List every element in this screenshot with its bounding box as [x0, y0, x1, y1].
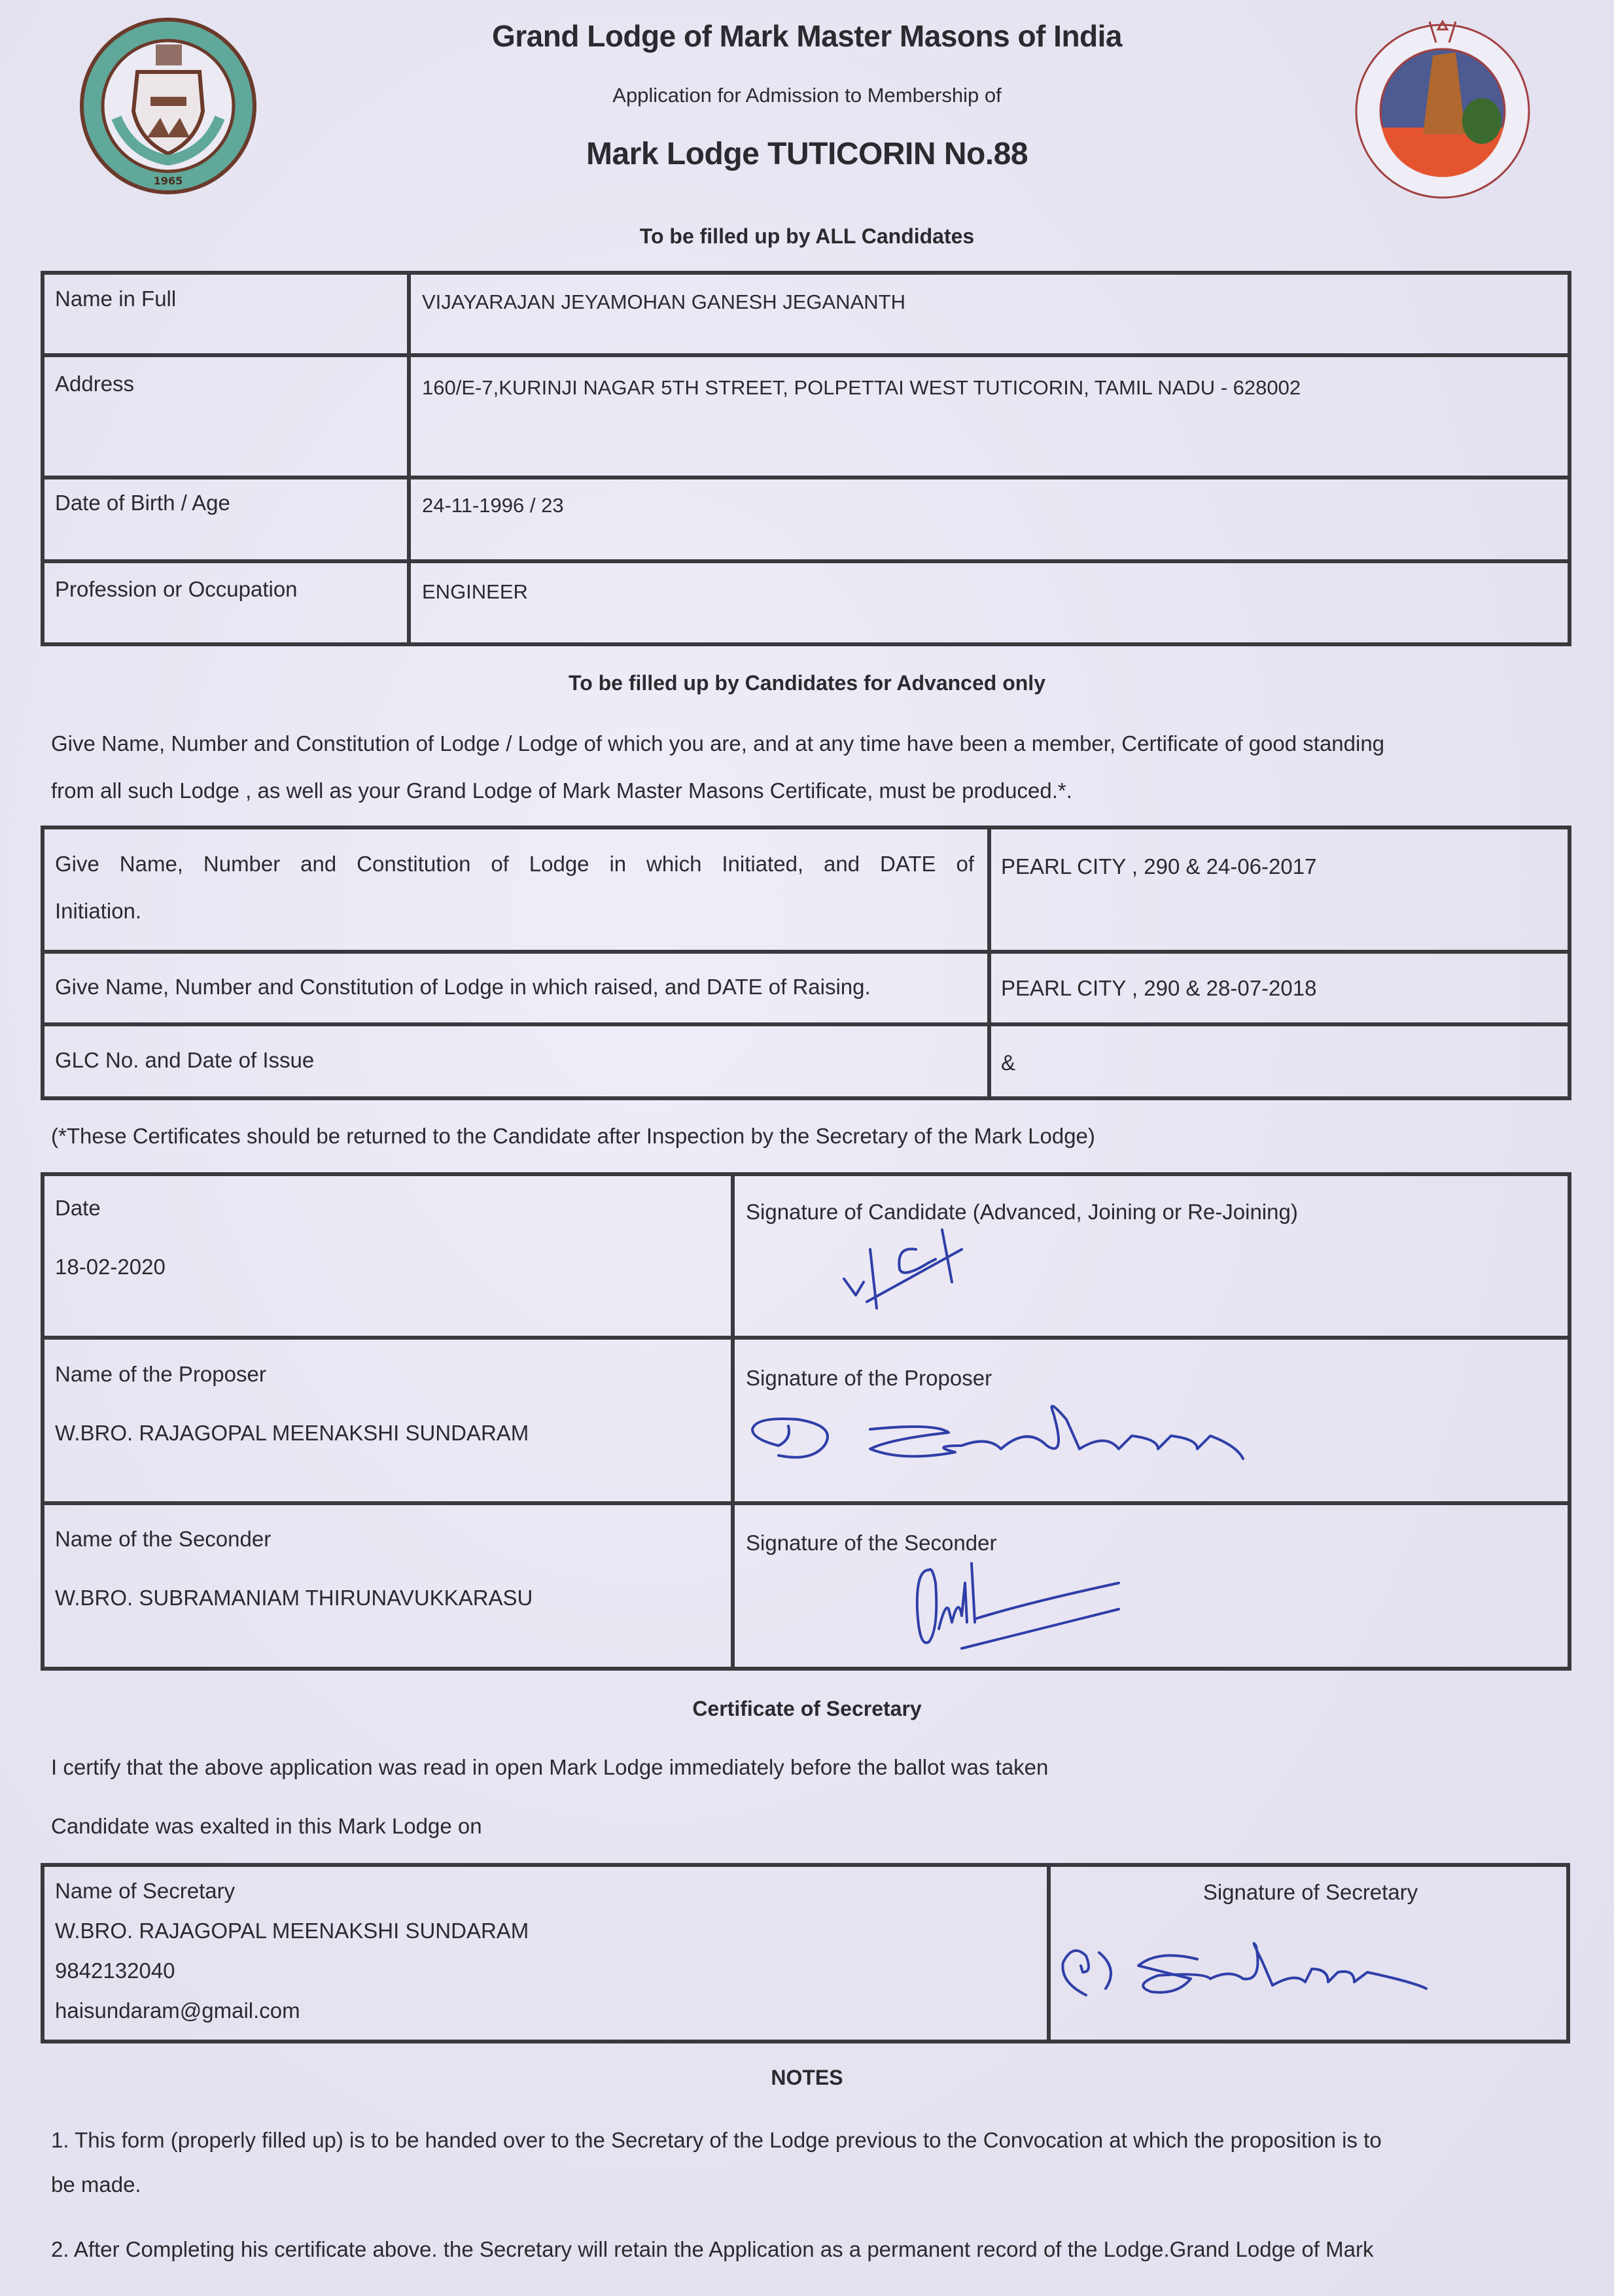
name-value: VIJAYARAJAN JEYAMOHAN GANESH JEGANANTH — [422, 290, 905, 314]
note-2-line1: 2. After Completing his certificate abov… — [51, 2237, 1373, 2262]
initiated-value: PEARL CITY , 290 & 24-06-2017 — [1001, 854, 1316, 879]
secretary-name-label: Name of Secretary — [55, 1879, 235, 1904]
raised-value: PEARL CITY , 290 & 28-07-2018 — [1001, 976, 1316, 1001]
table-divider — [41, 1336, 1571, 1340]
address-label: Address — [55, 372, 134, 396]
dob-label: Date of Birth / Age — [55, 491, 230, 515]
table-divider — [41, 950, 1571, 954]
regional-grand-mark-lodge-seal-icon — [1348, 16, 1537, 203]
secretary-certificate-heading: Certificate of Secretary — [0, 1697, 1614, 1721]
secretary-phone: 9842132040 — [55, 1958, 175, 1983]
table-divider — [407, 271, 411, 646]
table-divider — [41, 353, 1571, 357]
seconder-signature-label: Signature of the Seconder — [746, 1531, 996, 1556]
occupation-value: ENGINEER — [422, 580, 528, 604]
initiated-label-line2: Initiation. — [55, 899, 141, 924]
initiated-label-line1: Give Name, Number and Constitution of Lo… — [55, 852, 974, 877]
seconder-value: W.BRO. SUBRAMANIAM THIRUNAVUKKARASU — [55, 1586, 533, 1610]
exalted-text: Candidate was exalted in this Mark Lodge… — [51, 1814, 482, 1839]
proposer-value: W.BRO. RAJAGOPAL MEENAKSHI SUNDARAM — [55, 1421, 529, 1446]
proposer-signature — [739, 1400, 1308, 1472]
secretary-signature — [1047, 1936, 1557, 2015]
occupation-label: Profession or Occupation — [55, 577, 298, 602]
raised-label: Give Name, Number and Constitution of Lo… — [55, 975, 871, 1000]
svg-text:1965: 1965 — [154, 175, 183, 187]
section-advanced-heading: To be filled up by Candidates for Advanc… — [0, 671, 1614, 695]
secretary-email[interactable]: haisundaram@gmail.com — [55, 1998, 300, 2023]
certify-text: I certify that the above application was… — [51, 1755, 1048, 1780]
secretary-signature-label: Signature of Secretary — [1051, 1880, 1570, 1905]
certificates-footnote: (*These Certificates should be returned … — [51, 1124, 1095, 1149]
table-divider — [41, 1022, 1571, 1026]
seconder-label: Name of the Seconder — [55, 1527, 271, 1552]
glc-value: & — [1001, 1051, 1015, 1075]
seconder-signature — [909, 1557, 1132, 1655]
note-1-line2: be made. — [51, 2172, 141, 2197]
dob-value: 24-11-1996 / 23 — [422, 494, 564, 517]
address-value: 160/E-7,KURINJI NAGAR 5TH STREET, POLPET… — [422, 376, 1301, 400]
proposer-label: Name of the Proposer — [55, 1362, 266, 1387]
glc-label: GLC No. and Date of Issue — [55, 1048, 314, 1073]
table-divider — [987, 826, 991, 1100]
secretary-name-value: W.BRO. RAJAGOPAL MEENAKSHI SUNDARAM — [55, 1919, 529, 1943]
instructions-line1: Give Name, Number and Constitution of Lo… — [51, 731, 1384, 756]
table-divider — [41, 476, 1571, 479]
date-value: 18-02-2020 — [55, 1255, 166, 1279]
table-divider — [41, 559, 1571, 563]
candidate-signature — [837, 1223, 981, 1315]
candidate-signature-label: Signature of Candidate (Advanced, Joinin… — [746, 1200, 1298, 1225]
instructions-line2: from all such Lodge , as well as your Gr… — [51, 778, 1072, 803]
date-label: Date — [55, 1196, 101, 1221]
proposer-signature-label: Signature of the Proposer — [746, 1366, 992, 1391]
name-label: Name in Full — [55, 287, 176, 311]
note-1-line1: 1. This form (properly filled up) is to … — [51, 2128, 1382, 2153]
table-divider — [41, 1501, 1571, 1505]
notes-heading: NOTES — [0, 2066, 1614, 2090]
table-divider — [731, 1172, 735, 1671]
section-all-heading: To be filled up by ALL Candidates — [0, 224, 1614, 249]
